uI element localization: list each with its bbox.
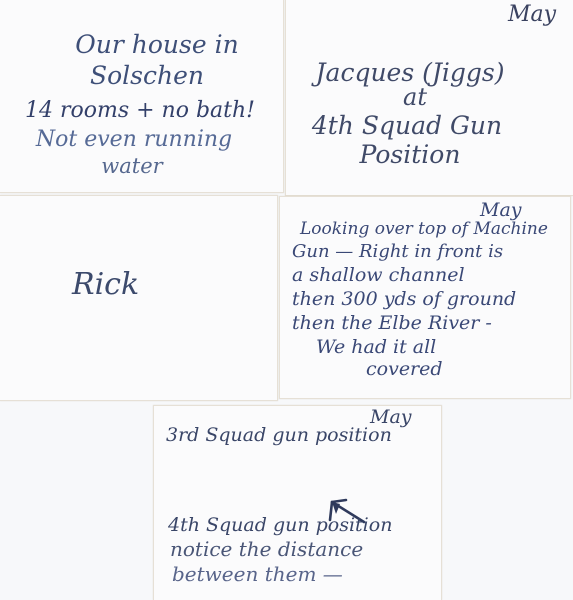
caption-line: Looking over top of Machine [300,219,572,239]
card-caption: Our house in Solschen 14 rooms + no bath… [0,30,284,178]
caption-line: We had it all [316,336,572,358]
caption-line: Our house in [30,30,284,59]
caption-line: Position [246,140,573,169]
card-caption-bottom: 4th Squad gun position notice the distan… [154,514,443,586]
photo-card-gun-positions: May 3rd Squad gun position 4th Squad gun… [153,405,442,600]
caption-line: 4th Squad Gun [240,111,573,140]
caption-line: Gun — Right in front is [292,241,572,262]
caption-line: then the Elbe River - [292,312,572,334]
caption-line: then 300 yds of ground [292,288,572,310]
card-date: May [508,4,556,26]
card-date: May [480,201,522,220]
caption-line: water [0,154,284,178]
caption-line: a shallow channel [292,264,572,286]
photo-card-rick: Rick [0,195,278,401]
caption-line: between them — [172,562,443,586]
photo-card-jacques: May Jacques (Jiggs) at 4th Squad Gun Pos… [285,0,573,196]
caption-line: Solschen [10,61,284,90]
card-caption: Rick [72,270,139,300]
card-caption: Looking over top of Machine Gun — Right … [286,219,572,380]
photo-card-house: Our house in Solschen 14 rooms + no bath… [0,0,284,193]
caption-line: covered [366,358,572,380]
caption-line: notice the distance [170,537,443,561]
photo-card-machine-gun-view: May Looking over top of Machine Gun — Ri… [279,196,571,399]
caption-line: 4th Squad gun position [168,514,443,536]
card-caption: Jacques (Jiggs) at 4th Squad Gun Positio… [286,58,573,169]
caption-line: at [256,83,573,111]
card-caption-top: 3rd Squad gun position [166,426,392,445]
